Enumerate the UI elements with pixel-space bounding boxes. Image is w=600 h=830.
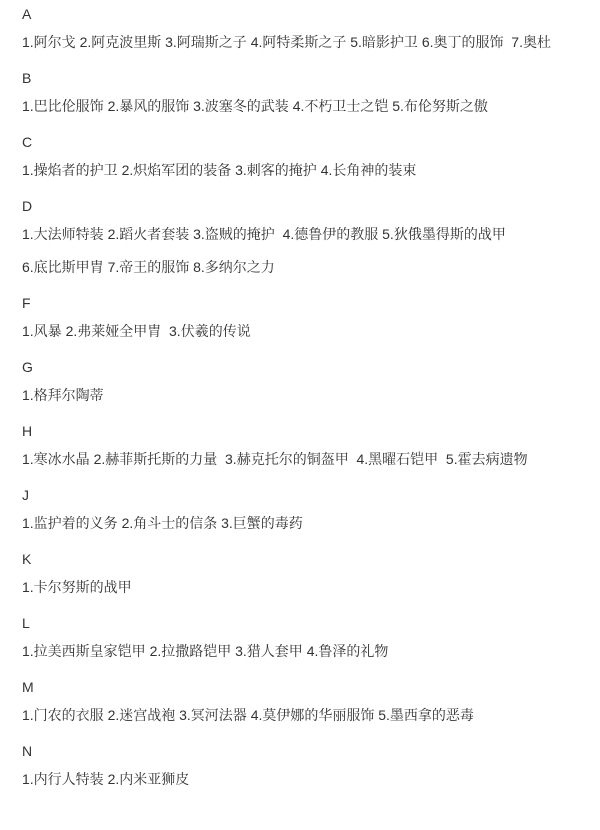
section-l: L 1.拉美西斯皇家铠甲 2.拉撒路铠甲 3.猎人套甲 4.鲁泽的礼物: [22, 614, 580, 660]
section-a: A 1.阿尔戈 2.阿克波里斯 3.阿瑞斯之子 4.阿特柔斯之子 5.暗影护卫 …: [22, 5, 580, 51]
section-item-line: 6.底比斯甲胄 7.帝王的服饰 8.多纳尔之力: [22, 258, 580, 276]
section-letter: K: [22, 550, 580, 568]
section-letter: A: [22, 5, 580, 23]
section-item-line: 1.风暴 2.弗莱娅全甲胄 3.伏羲的传说: [22, 322, 580, 340]
section-letter: L: [22, 614, 580, 632]
section-letter: D: [22, 197, 580, 215]
section-item-line: 1.门农的衣服 2.迷宫战袍 3.冥河法器 4.莫伊娜的华丽服饰 5.墨西拿的恶…: [22, 706, 580, 724]
section-item-line: 1.拉美西斯皇家铠甲 2.拉撒路铠甲 3.猎人套甲 4.鲁泽的礼物: [22, 642, 580, 660]
section-item-line: 1.卡尔努斯的战甲: [22, 578, 580, 596]
section-f: F 1.风暴 2.弗莱娅全甲胄 3.伏羲的传说: [22, 294, 580, 340]
document-page: A 1.阿尔戈 2.阿克波里斯 3.阿瑞斯之子 4.阿特柔斯之子 5.暗影护卫 …: [0, 0, 600, 788]
section-item-line: 1.格拜尔陶蒂: [22, 386, 580, 404]
section-item-line: 1.监护着的义务 2.角斗士的信条 3.巨蟹的毒药: [22, 514, 580, 532]
section-h: H 1.寒冰水晶 2.赫菲斯托斯的力量 3.赫克托尔的铜盔甲 4.黑曜石铠甲 5…: [22, 422, 580, 468]
section-item-line: 1.大法师特装 2.蹈火者套装 3.盗贼的掩护 4.德鲁伊的教服 5.狄俄墨得斯…: [22, 225, 580, 243]
section-item-line: 1.内行人特装 2.内米亚狮皮: [22, 770, 580, 788]
section-letter: F: [22, 294, 580, 312]
section-letter: C: [22, 133, 580, 151]
section-letter: J: [22, 486, 580, 504]
section-item-line: 1.操焰者的护卫 2.炽焰军团的装备 3.刺客的掩护 4.长角神的装束: [22, 161, 580, 179]
section-j: J 1.监护着的义务 2.角斗士的信条 3.巨蟹的毒药: [22, 486, 580, 532]
section-m: M 1.门农的衣服 2.迷宫战袍 3.冥河法器 4.莫伊娜的华丽服饰 5.墨西拿…: [22, 678, 580, 724]
section-item-line: 1.巴比伦服饰 2.暴风的服饰 3.波塞冬的武装 4.不朽卫士之铠 5.布伦努斯…: [22, 97, 580, 115]
section-c: C 1.操焰者的护卫 2.炽焰军团的装备 3.刺客的掩护 4.长角神的装束: [22, 133, 580, 179]
section-letter: N: [22, 742, 580, 760]
section-letter: B: [22, 69, 580, 87]
section-g: G 1.格拜尔陶蒂: [22, 358, 580, 404]
section-letter: G: [22, 358, 580, 376]
section-n: N 1.内行人特装 2.内米亚狮皮: [22, 742, 580, 788]
section-letter: M: [22, 678, 580, 696]
section-item-line: 1.寒冰水晶 2.赫菲斯托斯的力量 3.赫克托尔的铜盔甲 4.黑曜石铠甲 5.霍…: [22, 450, 580, 468]
section-letter: H: [22, 422, 580, 440]
section-k: K 1.卡尔努斯的战甲: [22, 550, 580, 596]
section-b: B 1.巴比伦服饰 2.暴风的服饰 3.波塞冬的武装 4.不朽卫士之铠 5.布伦…: [22, 69, 580, 115]
section-item-line: 1.阿尔戈 2.阿克波里斯 3.阿瑞斯之子 4.阿特柔斯之子 5.暗影护卫 6.…: [22, 33, 580, 51]
section-d: D 1.大法师特装 2.蹈火者套装 3.盗贼的掩护 4.德鲁伊的教服 5.狄俄墨…: [22, 197, 580, 276]
